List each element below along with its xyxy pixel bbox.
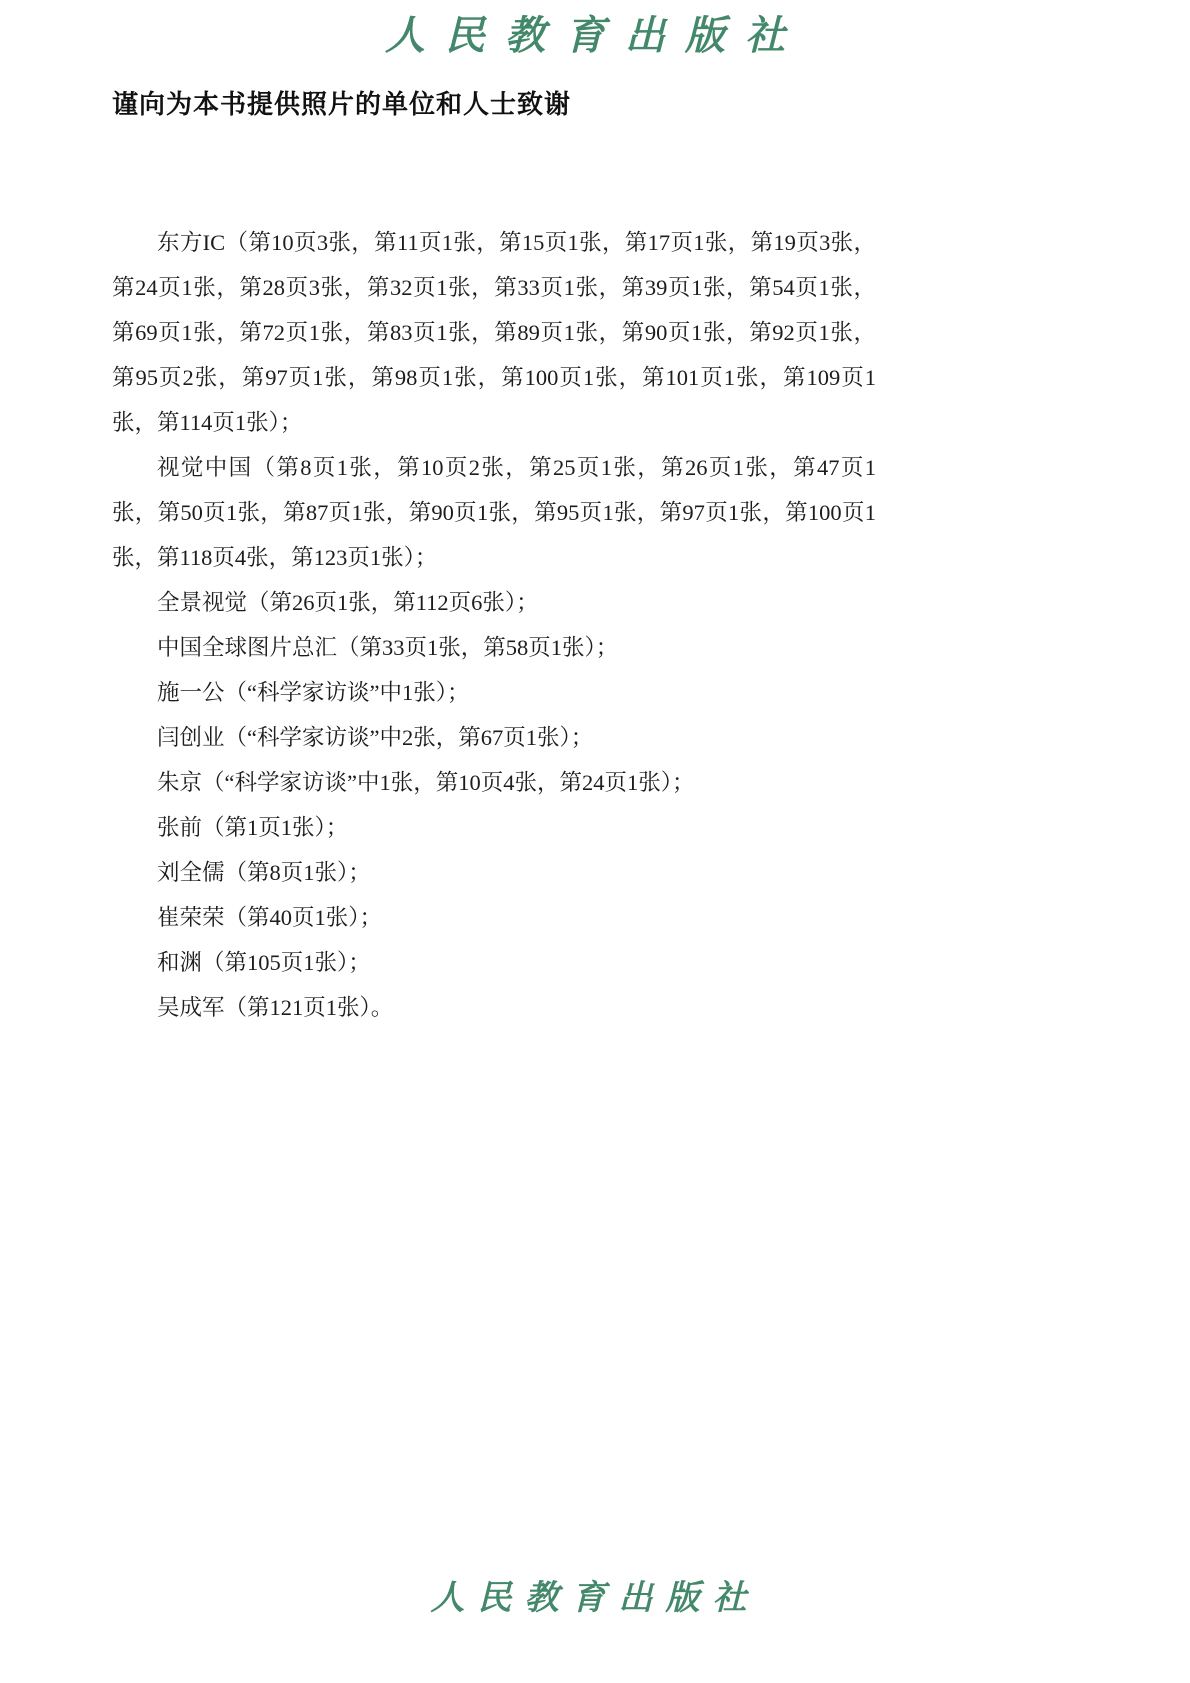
credit-line: 全景视觉（第26页1张，第112页6张）；: [112, 580, 876, 625]
credit-line: 东方IC（第10页3张，第11页1张，第15页1张，第17页1张，第19页3张，…: [112, 220, 876, 445]
publisher-calligraphy-logo-top: 人民教育出版社: [0, 0, 1190, 62]
page-title: 谨向为本书提供照片的单位和人士致谢: [112, 88, 1190, 120]
credit-line: 刘全儒（第8页1张）；: [112, 850, 876, 895]
credit-line: 视觉中国（第8页1张，第10页2张，第25页1张，第26页1张，第47页1张，第…: [112, 445, 876, 580]
photo-credits-list: 东方IC（第10页3张，第11页1张，第15页1张，第17页1张，第19页3张，…: [112, 220, 876, 1030]
publisher-calligraphy-logo-bottom: 人民教育出版社: [0, 1575, 1190, 1621]
credit-line: 和渊（第105页1张）；: [112, 940, 876, 985]
credit-line: 崔荣荣（第40页1张）；: [112, 895, 876, 940]
credit-line: 闫创业（“科学家访谈”中2张，第67页1张）；: [112, 715, 876, 760]
credit-line: 中国全球图片总汇（第33页1张，第58页1张）；: [112, 625, 876, 670]
credit-line: 张前（第1页1张）；: [112, 805, 876, 850]
credit-line: 施一公（“科学家访谈”中1张）；: [112, 670, 876, 715]
credit-line: 吴成军（第121页1张）。: [112, 985, 876, 1030]
credit-line: 朱京（“科学家访谈”中1张，第10页4张，第24页1张）；: [112, 760, 876, 805]
acknowledgement-page: 人民教育出版社 谨向为本书提供照片的单位和人士致谢 东方IC（第10页3张，第1…: [0, 0, 1190, 1683]
